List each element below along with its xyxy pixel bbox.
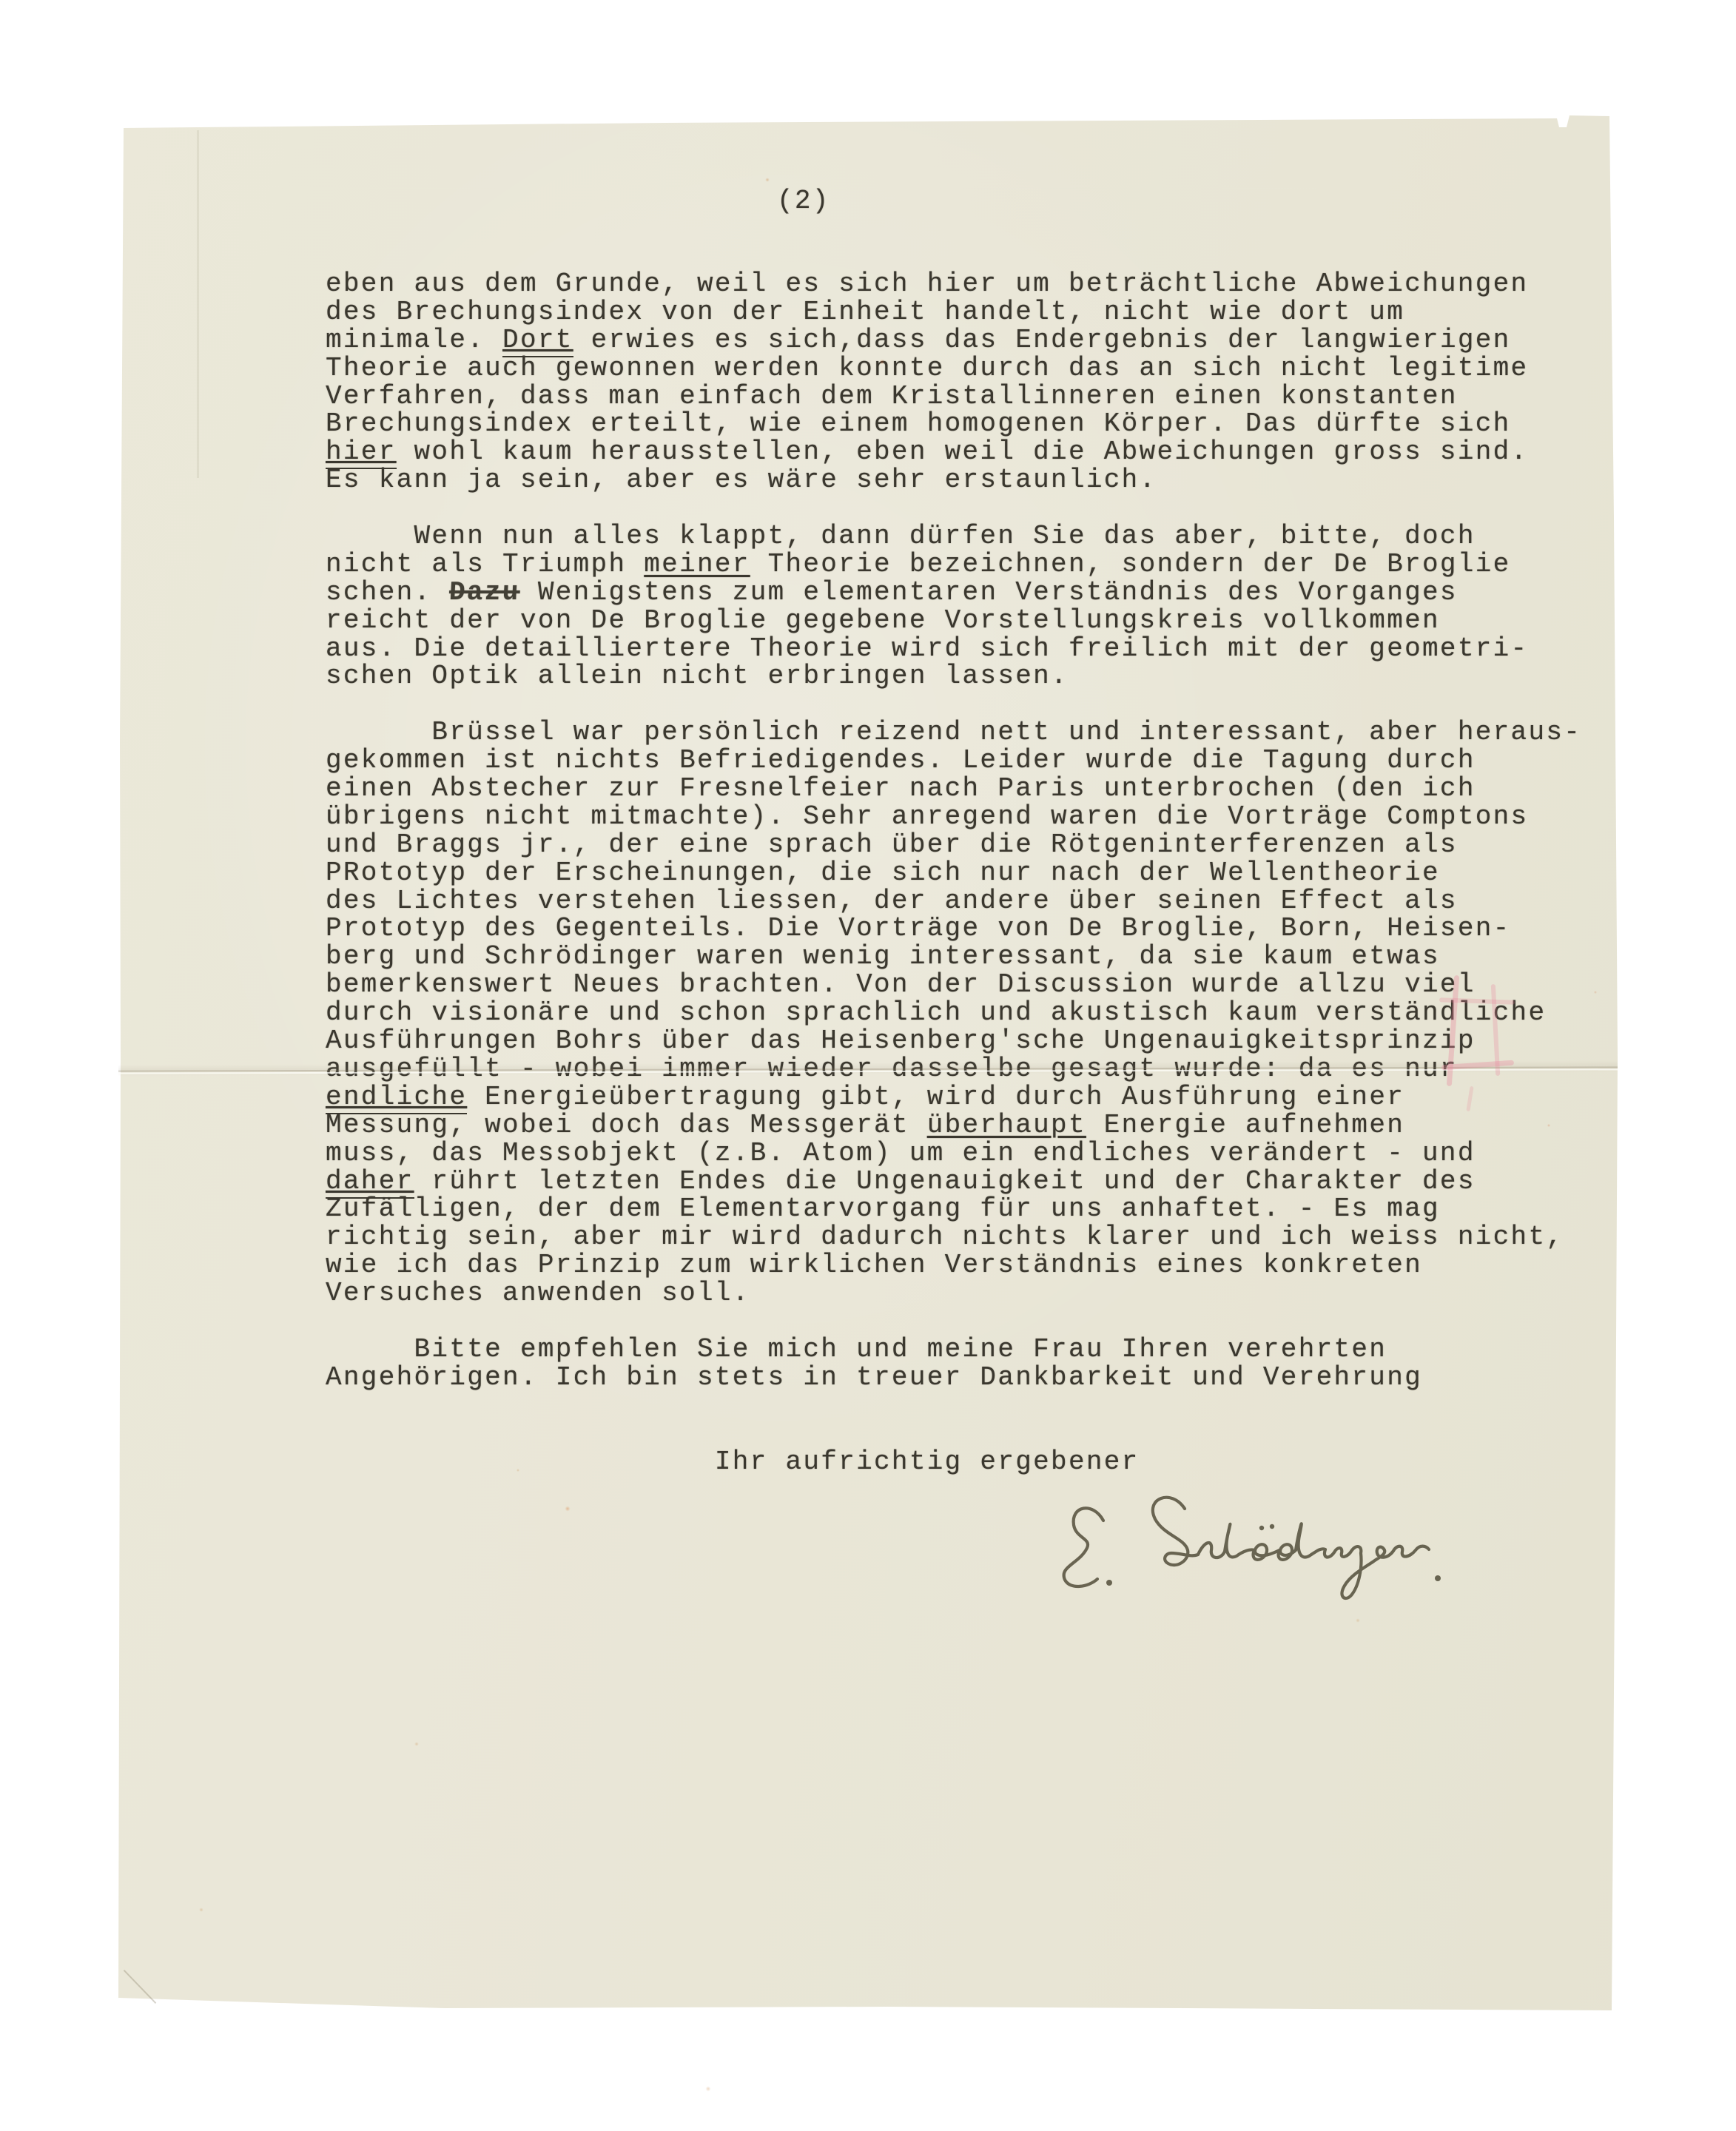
letter-line: nicht als Triumph meiner Theorie bezeich…	[326, 551, 1581, 579]
blank-line	[326, 1307, 1581, 1336]
letter-body: eben aus dem Grunde, weil es sich hier u…	[326, 270, 1581, 1392]
letter-line: Brechungsindex erteilt, wie einem homoge…	[326, 410, 1581, 438]
letter-line: aus. Die detailliertere Theorie wird sic…	[326, 635, 1581, 663]
struck-word: Dazu	[448, 579, 521, 607]
letter-line: Es kann ja sein, aber es wäre sehr ersta…	[326, 466, 1581, 494]
letter-line: Ausführungen Bohrs über das Heisenberg's…	[326, 1027, 1581, 1055]
letter-line: richtig sein, aber mir wird dadurch nich…	[326, 1223, 1581, 1251]
letter-line: minimale. Dort erwies es sich,dass das E…	[326, 326, 1581, 354]
letter-line: berg und Schrödinger waren wenig interes…	[326, 943, 1581, 971]
letter-line: PRototyp der Erscheinungen, die sich nur…	[326, 859, 1581, 887]
letter-line: und Braggs jr., der eine sprach über die…	[326, 831, 1581, 859]
letter-line: einen Abstecher zur Fresnelfeier nach Pa…	[326, 775, 1581, 803]
letter-line: wie ich das Prinzip zum wirklichen Verst…	[326, 1251, 1581, 1279]
letter-line: des Brechungsindex von der Einheit hande…	[326, 298, 1581, 326]
letter-line: Messung, wobei doch das Messgerät überha…	[326, 1111, 1581, 1139]
letter-line: reicht der von De Broglie gegebene Vorst…	[326, 607, 1581, 635]
letter-line: Verfahren, dass man einfach dem Kristall…	[326, 383, 1581, 411]
letter-line: Brüssel war persönlich reizend nett und …	[326, 718, 1581, 747]
letter-line: bemerkenswert Neues brachten. Von der Di…	[326, 971, 1581, 999]
letter-line: durch visionäre und schon sprachlich und…	[326, 999, 1581, 1027]
letter-line: übrigens nicht mitmachte). Sehr anregend…	[326, 803, 1581, 831]
underlined-word: überhaupt	[927, 1110, 1086, 1140]
letter-line: endliche Energieübertragung gibt, wird d…	[326, 1083, 1581, 1111]
signature-umlaut-dot	[1259, 1526, 1264, 1530]
signature-initial-stroke	[1064, 1508, 1103, 1586]
closing-line: Ihr aufrichtig ergebener	[326, 1448, 1140, 1476]
letter-line: schen. Dazu Wenigstens zum elementaren V…	[326, 579, 1581, 607]
scanned-letter-stage: (2) eben aus dem Grunde, weil es sich hi…	[0, 0, 1736, 2131]
letter-line: daher rührt letzten Endes die Ungenauigk…	[326, 1168, 1581, 1196]
blank-line	[326, 494, 1581, 522]
letter-line: Wenn nun alles klappt, dann dürfen Sie d…	[326, 522, 1581, 551]
letter-line: hier wohl kaum herausstellen, eben weil …	[326, 438, 1581, 466]
letter-line: Versuches anwenden soll.	[326, 1279, 1581, 1307]
letter-line: Theorie auch gewonnen werden konnte durc…	[326, 354, 1581, 383]
signature-initial-dot	[1106, 1580, 1112, 1586]
underlined-word: meiner	[644, 549, 750, 579]
letter-line: des Lichtes verstehen liessen, der ander…	[326, 887, 1581, 915]
signature-umlaut-dot	[1270, 1524, 1274, 1529]
blank-line	[326, 690, 1581, 718]
letter-line: muss, das Messobjekt (z.B. Atom) um ein …	[326, 1139, 1581, 1168]
signature-image	[1032, 1476, 1454, 1624]
signature-period-dot	[1435, 1575, 1441, 1581]
letter-line: eben aus dem Grunde, weil es sich hier u…	[326, 270, 1581, 298]
letter-line: gekommen ist nichts Befriedigendes. Leid…	[326, 747, 1581, 775]
letter-line: schen Optik allein nicht erbringen lasse…	[326, 662, 1581, 690]
signature-surname-stroke	[1153, 1498, 1429, 1598]
letter-line: Angehörigen. Ich bin stets in treuer Dan…	[326, 1364, 1581, 1392]
page-number: (2)	[777, 186, 830, 216]
letter-line: Prototyp des Gegenteils. Die Vorträge vo…	[326, 915, 1581, 943]
letter-line: ausgefüllt - wobei immer wieder dasselbe…	[326, 1055, 1581, 1083]
letter-line: Bitte empfehlen Sie mich und meine Frau …	[326, 1336, 1581, 1364]
letter-line: Zufälligen, der dem Elementarvorgang für…	[326, 1195, 1581, 1223]
